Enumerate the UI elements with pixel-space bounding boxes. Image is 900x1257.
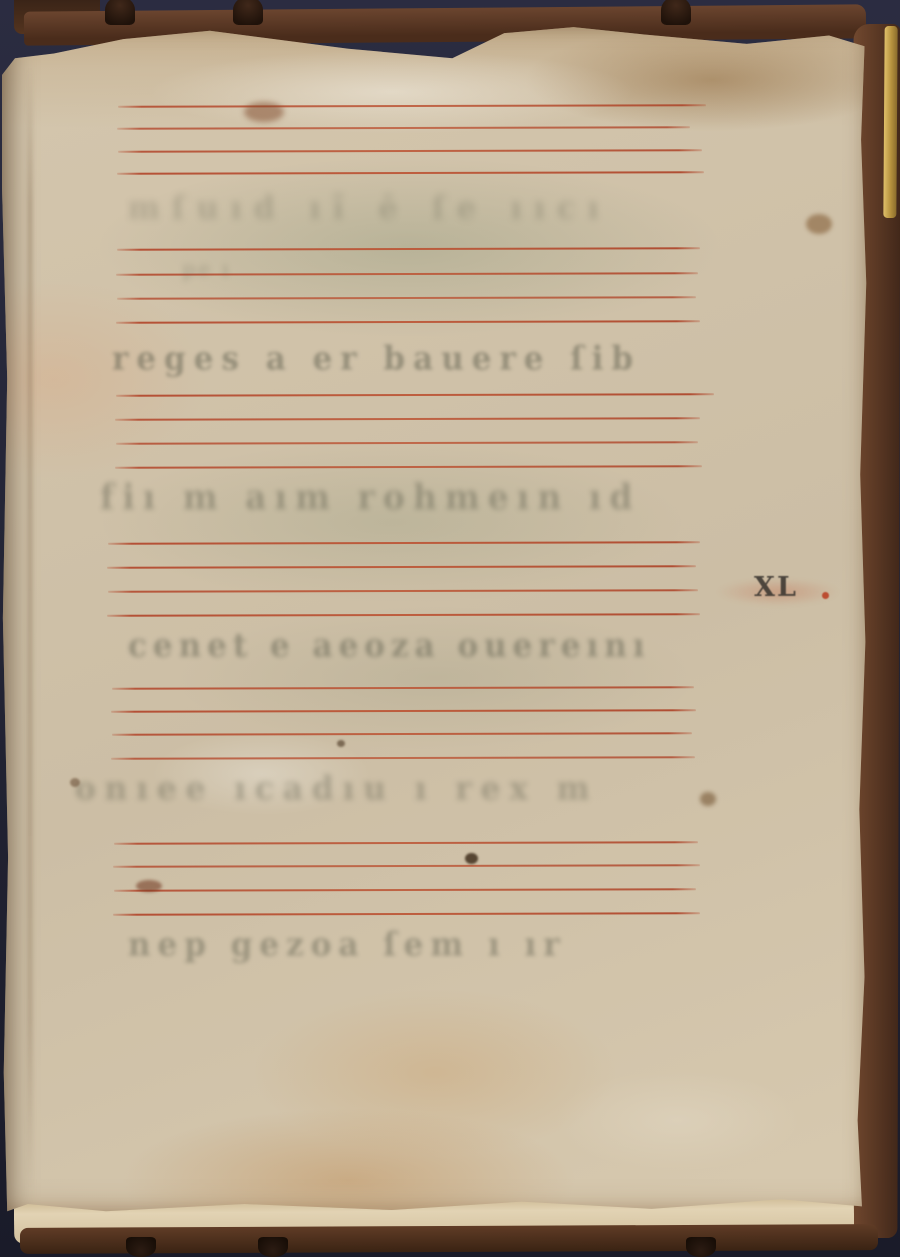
staff-line: [114, 841, 698, 845]
staff-line: [112, 686, 694, 690]
staff-line: [117, 171, 704, 175]
stain: [70, 778, 80, 787]
staff-line: [118, 104, 706, 108]
stain: [136, 880, 162, 892]
folio-red-dot: [822, 592, 829, 599]
staff-line: [113, 912, 700, 916]
staff-line: [115, 465, 702, 469]
ghost-text: reges a er bauere ſib: [112, 340, 641, 378]
staff-line: [108, 541, 700, 545]
staff-line: [116, 441, 698, 445]
staff-line: [114, 888, 696, 892]
staff-line: [111, 756, 695, 760]
staff-line: [117, 247, 700, 251]
ghost-text: pe ı: [182, 256, 231, 281]
ghost-text: mſuıd ıĩ ē ſe ııcı: [128, 190, 611, 227]
binding-boss-top: [661, 0, 691, 25]
gilt-page-edges: [883, 26, 897, 218]
staff-line: [107, 613, 700, 617]
stain: [700, 792, 716, 806]
staff-line: [111, 709, 696, 713]
staff-line: [108, 589, 698, 593]
staff-line: [107, 565, 696, 569]
binding-boss-top: [233, 0, 263, 25]
binding-boss-bottom: [258, 1237, 288, 1257]
staff-line: [116, 393, 714, 397]
staff-line: [116, 320, 700, 324]
stain: [337, 740, 345, 747]
ghost-text: onıee ıcadıu ı rex m: [75, 770, 598, 808]
staff-line: [118, 149, 702, 153]
staff-line: [117, 126, 690, 130]
staff-line: [113, 864, 700, 868]
parchment-page: mſuıd ıĩ ē ſe ııcıpe ıreges a er bauere …: [2, 20, 868, 1216]
ghost-text: cenet e aeoza ouereını: [128, 627, 651, 665]
manuscript-photo-scene: mſuıd ıĩ ē ſe ııcıpe ıreges a er bauere …: [0, 0, 900, 1257]
ghost-text: nep gezoa ſem ı ır: [128, 926, 567, 964]
gutter-crease: [28, 68, 32, 1188]
binding-boss-bottom: [686, 1237, 716, 1257]
binding-boss-top: [105, 0, 135, 25]
staff-line: [115, 417, 700, 421]
staff-line: [112, 732, 692, 736]
binding-boss-bottom: [126, 1237, 156, 1257]
stain: [244, 102, 284, 122]
stain: [806, 214, 832, 234]
ghost-text: fiı m aım rohmeın ıd: [100, 476, 640, 517]
staff-line: [117, 296, 696, 300]
folio-number: XL: [754, 572, 798, 603]
stain: [465, 853, 478, 864]
